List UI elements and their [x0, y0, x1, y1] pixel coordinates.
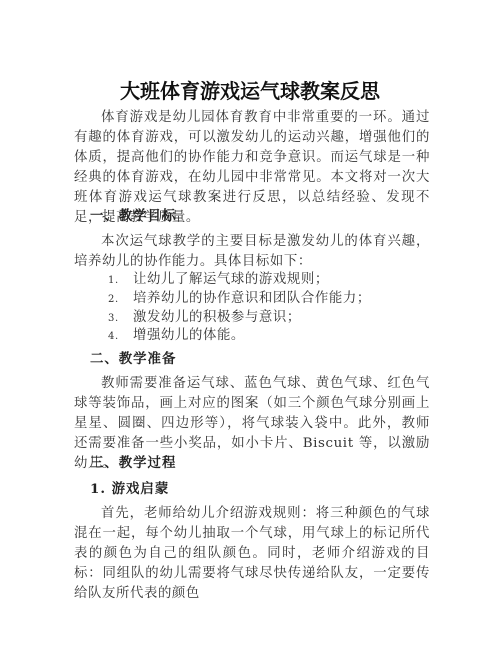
section-heading-process: 三、教学过程 — [90, 452, 176, 471]
list-text: 让幼儿了解运气球的游戏规则； — [133, 272, 329, 287]
section-heading-goals: 一、教学目标 — [90, 205, 176, 224]
list-item: 2.培养幼儿的协作意识和团队合作能力； — [108, 290, 371, 309]
document-title: 大班体育游戏运气球教案反思 — [0, 75, 500, 104]
goals-list: 1.让幼儿了解运气球的游戏规则； 2.培养幼儿的协作意识和团队合作能力； 3.激… — [108, 271, 371, 346]
section-heading-preparation: 二、教学准备 — [90, 348, 176, 367]
list-item: 1.让幼儿了解运气球的游戏规则； — [108, 271, 371, 290]
list-number: 1. — [108, 272, 133, 291]
list-item: 3.激发幼儿的积极参与意识； — [108, 309, 371, 328]
list-text: 培养幼儿的协作意识和团队合作能力； — [133, 291, 371, 306]
document-page: 大班体育游戏运气球教案反思 体育游戏是幼儿园体育教育中非常重要的一环。通过有趣的… — [0, 0, 500, 647]
list-text: 激发幼儿的积极参与意识； — [133, 310, 301, 325]
list-number: 3. — [108, 310, 133, 329]
list-number: 4. — [108, 328, 133, 347]
goals-paragraph: 本次运气球教学的主要目标是激发幼儿的体育兴趣，培养幼儿的协作能力。具体目标如下： — [74, 232, 430, 272]
process-paragraph: 首先，老师给幼儿介绍游戏规则：将三种颜色的气球混在一起，每个幼儿抽取一个气球，用… — [74, 504, 430, 604]
list-item: 4.增强幼儿的体能。 — [108, 327, 371, 346]
list-text: 增强幼儿的体能。 — [133, 328, 245, 343]
list-number: 2. — [108, 291, 133, 310]
subheading-game-intro: 1. 游戏启蒙 — [90, 478, 169, 497]
